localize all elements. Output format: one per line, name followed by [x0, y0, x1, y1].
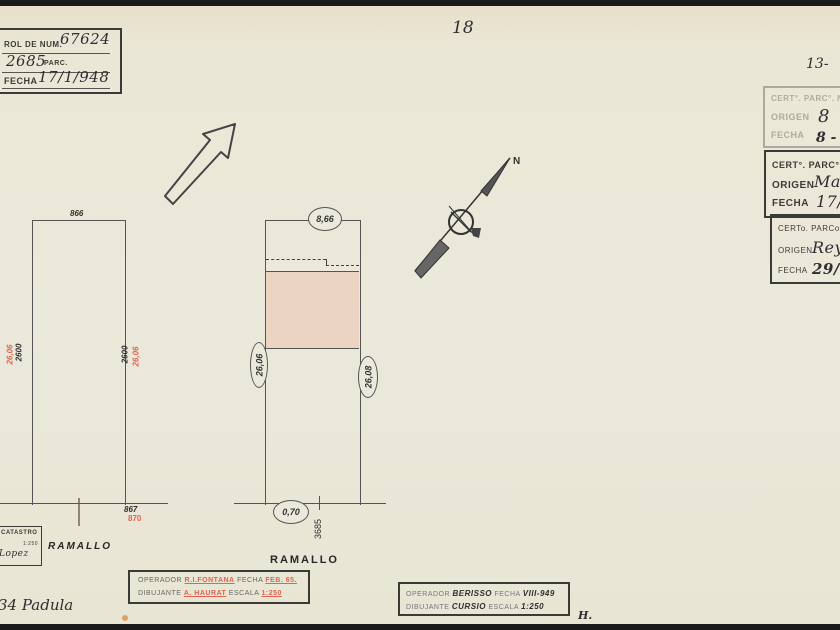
- plot-right-dashed-line-2: [326, 265, 359, 266]
- dibujante-label: DIBUJANTE: [138, 590, 181, 597]
- fecha-label: FECHA: [237, 577, 263, 584]
- escala-label: ESCALA: [229, 590, 259, 597]
- stamp-operador-1: OPERADOR R.I.FONTANA FECHA FEB. 65. DIBU…: [128, 570, 310, 604]
- fecha-label: FECHA: [494, 591, 520, 598]
- stamp-origen-label: ORIGEN: [772, 180, 814, 191]
- plot-right-left-side: 26,06: [254, 354, 264, 377]
- stamp-origen-value: Ma: [814, 172, 840, 191]
- escala-label: ESCALA: [488, 604, 518, 611]
- stamp-dibujante-row: DIBUJANTE A. HAURAT ESCALA 1:250: [138, 590, 282, 597]
- stamp-cert-label: CERT°. PARC°. N°: [771, 94, 840, 103]
- dibujante-label: DIBUJANTE: [406, 604, 449, 611]
- stamp-rule: [2, 88, 110, 89]
- corner-number: 13-: [806, 56, 829, 72]
- dibujante-value: CURSIO: [452, 602, 486, 611]
- cadastral-plan-sheet: 18 13- ROL DE NUM. 67624 2685 PARC. FECH…: [0, 6, 840, 624]
- stamp-rol-value: 67624: [60, 30, 110, 48]
- fecha-value: FEB. 65.: [265, 577, 297, 584]
- plot-right-right-side: 26,08: [363, 366, 373, 389]
- stamp-operador-row: OPERADOR BERISSO FECHA VIII-949: [406, 589, 555, 598]
- street-name-left: RAMALLO: [48, 541, 112, 552]
- stamp-fecha-label: FECHA: [4, 76, 38, 86]
- plot-left-left-side-black: 2600: [14, 344, 23, 362]
- stamp-origen-value: Rey: [812, 238, 840, 257]
- plot-left-left-side-red: 26,06: [6, 344, 15, 364]
- stamp-dibujante-row: DIBUJANTE CURSIO ESCALA 1:250: [406, 602, 544, 611]
- escala-value: 1:250: [521, 602, 544, 611]
- plot-right-bottom-offset: 0,70: [273, 500, 309, 524]
- plot-left-bottom-red: 870: [128, 514, 141, 523]
- plot-right-left-side-oval: 26,06: [250, 342, 268, 388]
- page-number: 18: [452, 18, 474, 38]
- plot-right-top-width: 8,66: [308, 207, 342, 231]
- stamp-origen-label: ORIGEN: [778, 246, 813, 255]
- stamp-parc-label: PARC.: [44, 60, 68, 67]
- operador-value: R.I.FONTANA: [185, 577, 235, 584]
- ink-spot: [122, 615, 128, 621]
- stamp-cert-parc-2: CERTo. PARCo. No. ORIGEN Rey FECHA 29/4: [770, 214, 840, 284]
- plot-left-bottom-black: 867: [124, 505, 137, 514]
- stamp-catastro-title: CATASTRO: [1, 530, 37, 536]
- stamp-rol-label: ROL DE NUM.: [4, 40, 62, 49]
- plot-right-tick-mark: [319, 496, 320, 510]
- stamp-fecha-label: FECHA: [771, 130, 805, 140]
- plot-left-tick-mark: [78, 498, 80, 526]
- stamp-cert-label: CERT°. PARC°. N: [772, 160, 840, 170]
- initial-mark: H.: [578, 609, 592, 622]
- plot-right-right-side-oval: 26,08: [358, 356, 378, 398]
- plot-left-right-side-black: 2600: [120, 346, 129, 364]
- stamp-rol-numero: ROL DE NUM. 67624 2685 PARC. FECHA 17/1/…: [0, 28, 122, 94]
- stamp-catastro-scale: 1:250: [23, 541, 38, 547]
- stamp-fecha-label: FECHA: [778, 266, 808, 275]
- dibujante-value: A. HAURAT: [184, 590, 226, 597]
- plot-left-right-side-red: 26,06: [132, 346, 141, 366]
- escala-value: 1:250: [262, 590, 282, 597]
- stamp-fecha-label: FECHA: [772, 198, 809, 209]
- stamp-cert-parc-1: CERT°. PARC°. N ORIGEN Ma FECHA 17/: [764, 150, 840, 218]
- direction-arrow-icon: [155, 116, 245, 206]
- plot-left-outline: [32, 220, 126, 505]
- plot-left-top-width: 866: [70, 209, 83, 218]
- stamp-catastro: CATASTRO 1:250 Lopez: [0, 526, 42, 566]
- north-compass-icon: N: [405, 146, 525, 281]
- plot-right-shaded-area: [266, 271, 359, 349]
- operador-label: OPERADOR: [138, 577, 182, 584]
- stamp-catastro-signature: Lopez: [0, 549, 29, 559]
- street-name-right: RAMALLO: [270, 554, 339, 566]
- handwritten-note: 34 Padula: [0, 596, 73, 614]
- operador-label: OPERADOR: [406, 591, 450, 598]
- north-label: N: [513, 156, 520, 167]
- plot-right-outline: [265, 220, 361, 505]
- stamp-fecha-value: 29/4: [812, 260, 840, 278]
- stamp-cert-label: CERTo. PARCo. No.: [778, 224, 840, 233]
- plot-right-dashed-line-1: [266, 259, 326, 260]
- plot-left-frontage-line: [0, 503, 168, 504]
- stamp-fecha-value: 8 -: [816, 130, 836, 146]
- stamp-origen-value: 8: [818, 106, 829, 127]
- plot-right-distance: 3685: [313, 519, 323, 539]
- stamp-operador-row: OPERADOR R.I.FONTANA FECHA FEB. 65.: [138, 577, 297, 584]
- stamp-origen-label: ORIGEN: [771, 112, 810, 122]
- stamp-fecha-value: 17/: [816, 192, 840, 211]
- operador-value: BERISSO: [453, 589, 493, 598]
- stamp-fecha-value: 17/1/948: [38, 68, 109, 86]
- plot-right-frontage-line: [234, 503, 386, 504]
- fecha-value: VIII-949: [523, 589, 555, 598]
- stamp-operador-2: OPERADOR BERISSO FECHA VIII-949 DIBUJANT…: [398, 582, 570, 616]
